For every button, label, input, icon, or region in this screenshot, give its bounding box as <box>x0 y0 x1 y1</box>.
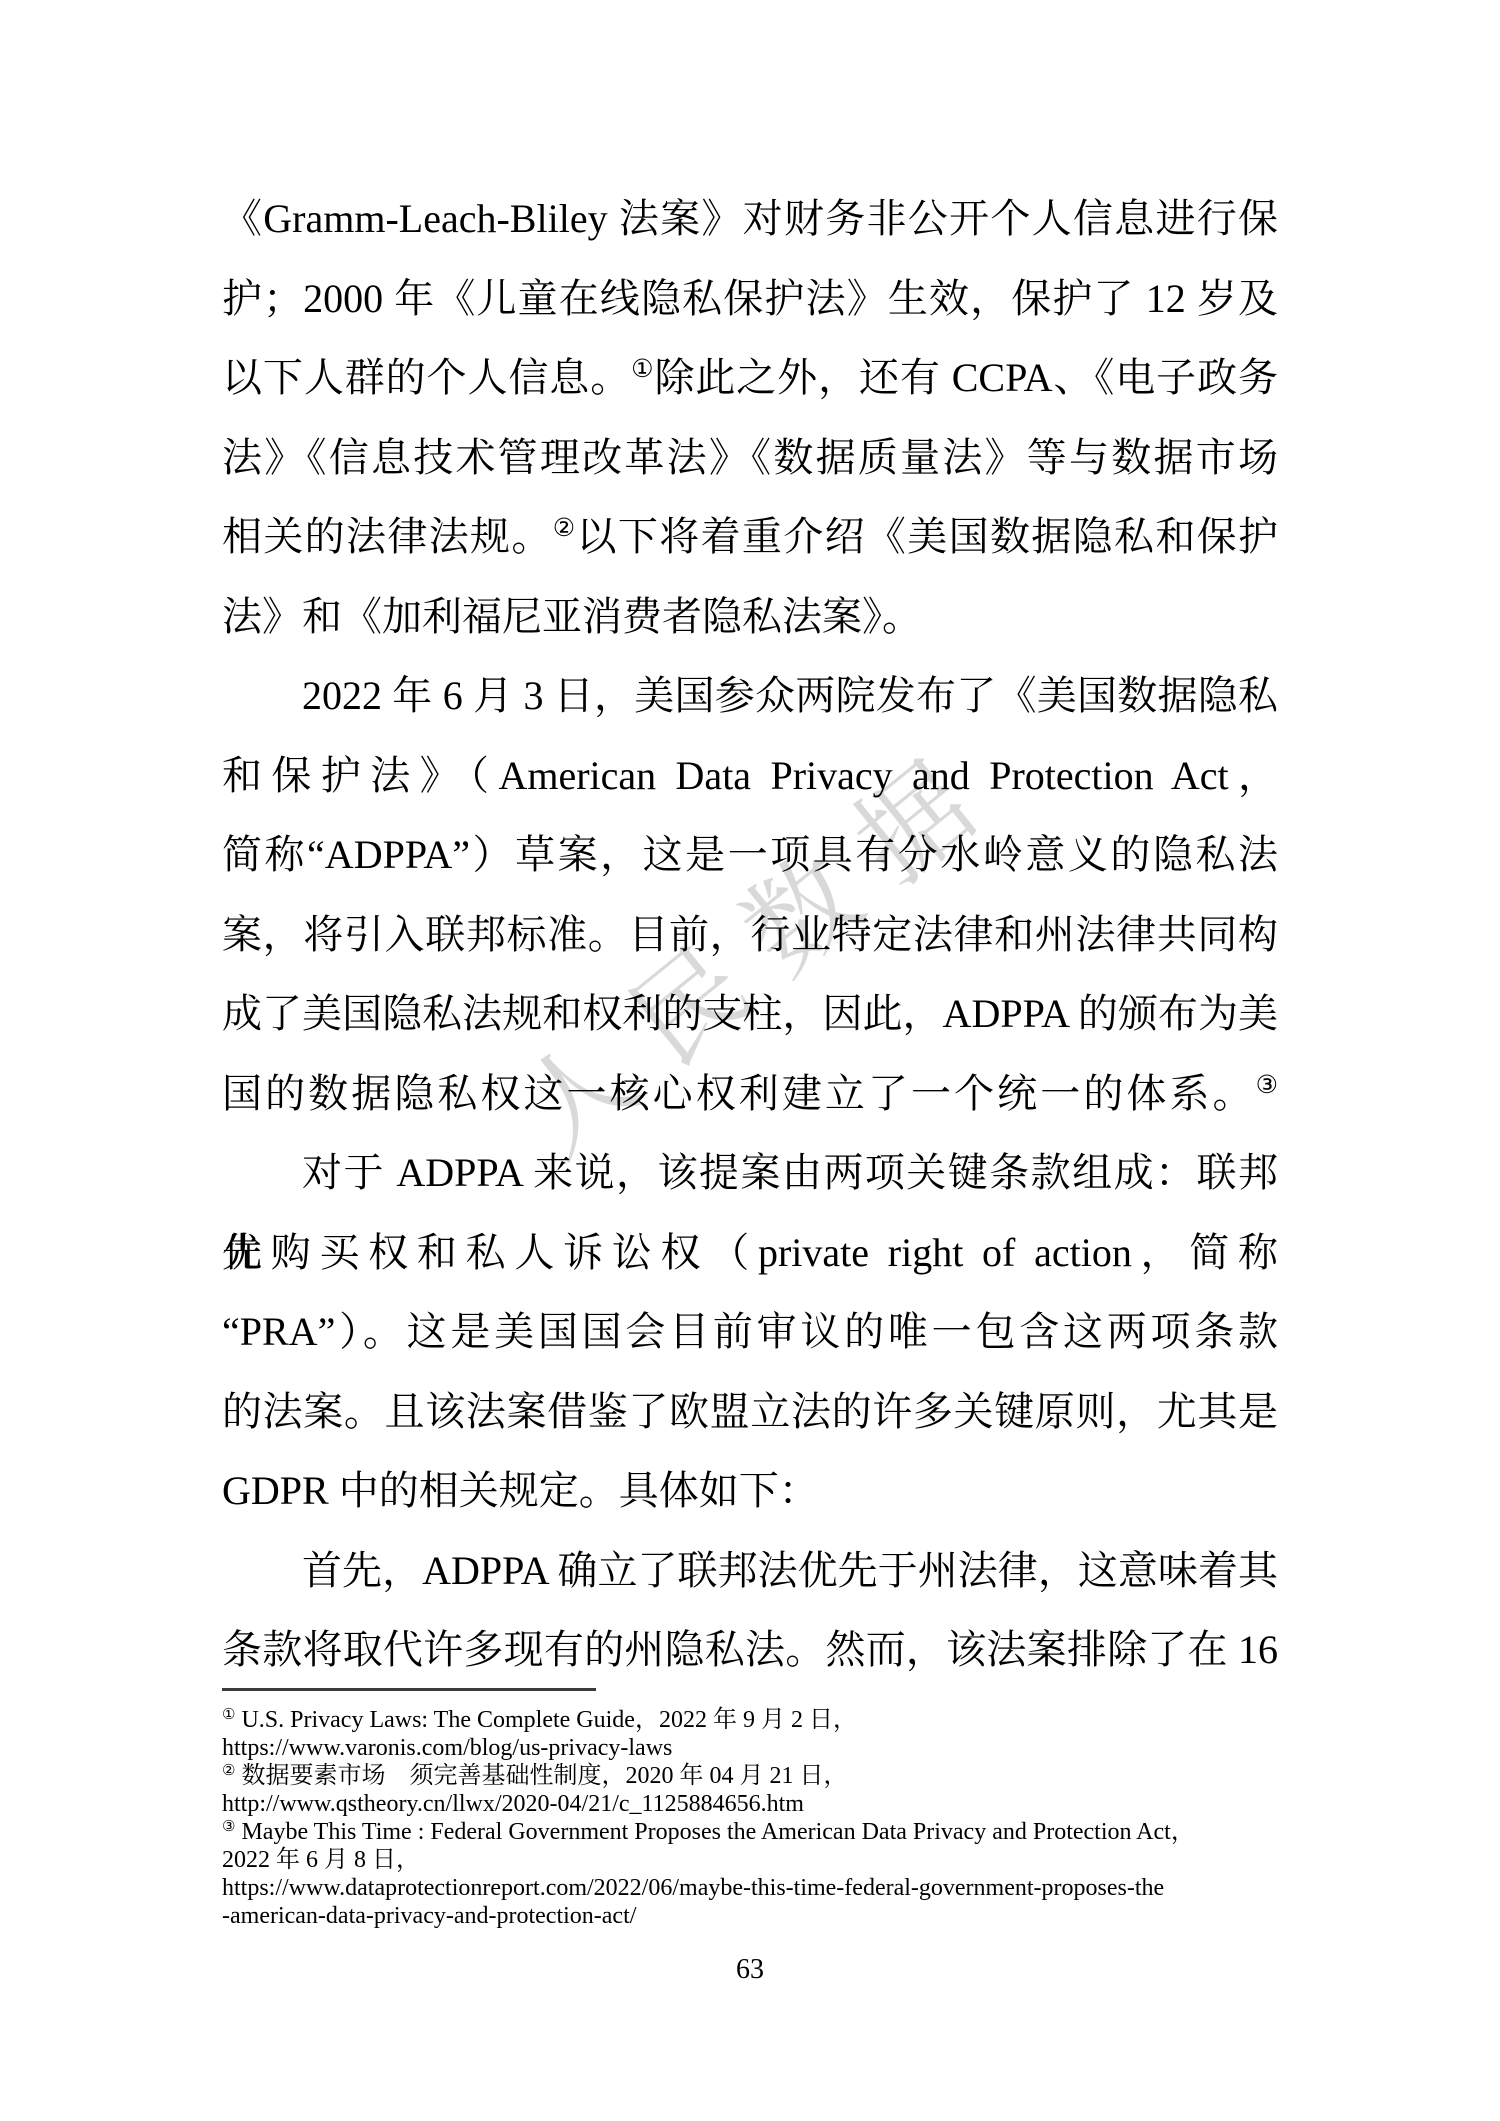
footnote-ref-marker: ① <box>222 1707 235 1723</box>
footnote-ref-marker: ② <box>222 1763 235 1779</box>
footnote-ref-marker: ② <box>553 515 577 542</box>
body-line: 和保护法》（American Data Privacy and Protecti… <box>222 736 1278 816</box>
body-text: 《Gramm-Leach-Bliley 法案》对财务非公开个人信息进行保护；20… <box>222 179 1278 1690</box>
body-line: 护；2000 年《儿童在线隐私保护法》生效，保护了 12 岁及 <box>222 259 1278 339</box>
body-line: 对于 ADPPA 来说，该提案由两项关键条款组成：联邦优 <box>222 1133 1278 1213</box>
body-line: 2022 年 6 月 3 日，美国参众两院发布了《美国数据隐私 <box>222 656 1278 736</box>
text-run: 的法案。且该法案借鉴了欧盟立法的许多关键原则，尤其是 <box>222 1389 1278 1434</box>
body-line: GDPR 中的相关规定。具体如下： <box>222 1451 1278 1531</box>
body-line: 相关的法律法规。②以下将着重介绍《美国数据隐私和保护 <box>222 497 1278 577</box>
text-run: 护；2000 年《儿童在线隐私保护法》生效，保护了 12 岁及 <box>222 276 1278 321</box>
body-line: 首先，ADPPA 确立了联邦法优先于州法律，这意味着其 <box>222 1531 1278 1611</box>
text-run: GDPR 中的相关规定。具体如下： <box>222 1468 819 1513</box>
text-run: 案，将引入联邦标准。目前，行业特定法律和州法律共同构 <box>222 912 1278 957</box>
footnote-line: ③ Maybe This Time : Federal Government P… <box>222 1818 1332 1846</box>
body-line: 先购买权和私人诉讼权（private right of action，简称 <box>222 1213 1278 1293</box>
footnote-line: ② 数据要素市场 须完善基础性制度，2020 年 04 月 21 日， <box>222 1762 1332 1790</box>
footnote-ref-marker: ③ <box>222 1819 235 1835</box>
footnote-line: https://www.varonis.com/blog/us-privacy-… <box>222 1734 1332 1762</box>
body-line: 成了美国隐私法规和权利的支柱，因此，ADPPA 的颁布为美 <box>222 974 1278 1054</box>
page-number: 63 <box>0 1955 1500 1985</box>
body-line: 国的数据隐私权这一核心权利建立了一个统一的体系。③ <box>222 1054 1278 1134</box>
text-run: 数据要素市场 须完善基础性制度，2020 年 04 月 21 日， <box>235 1763 847 1789</box>
text-run: https://www.varonis.com/blog/us-privacy-… <box>222 1735 672 1761</box>
text-run: 2022 年 6 月 3 日，美国参众两院发布了《美国数据隐私 <box>302 673 1278 718</box>
body-line: 条款将取代许多现有的州隐私法。然而，该法案排除了在 16 <box>222 1610 1278 1690</box>
footnote-line: 2022 年 6 月 8 日， <box>222 1846 1332 1874</box>
text-run: 《Gramm-Leach-Bliley 法案》对财务非公开个人信息进行保 <box>222 196 1278 241</box>
body-line: 简称“ADPPA”）草案，这是一项具有分水岭意义的隐私法 <box>222 815 1278 895</box>
footnote-line: https://www.dataprotectionreport.com/202… <box>222 1874 1332 1902</box>
footnote-line: ① U.S. Privacy Laws: The Complete Guide，… <box>222 1706 1332 1734</box>
text-run: U.S. Privacy Laws: The Complete Guide，20… <box>235 1707 857 1733</box>
text-run: 2022 年 6 月 8 日， <box>222 1847 420 1873</box>
text-run: http://www.qstheory.cn/llwx/2020-04/21/c… <box>222 1791 804 1817</box>
text-run: 除此之外，还有 CCPA、《电子政务 <box>654 355 1278 400</box>
text-run: Maybe This Time : Federal Government Pro… <box>235 1819 1194 1845</box>
footnote-line: -american-data-privacy-and-protection-ac… <box>222 1902 1332 1930</box>
body-line: 案，将引入联邦标准。目前，行业特定法律和州法律共同构 <box>222 895 1278 975</box>
footnote-line: http://www.qstheory.cn/llwx/2020-04/21/c… <box>222 1790 1332 1818</box>
body-line: 《Gramm-Leach-Bliley 法案》对财务非公开个人信息进行保 <box>222 179 1278 259</box>
text-run: “PRA”）。这是美国国会目前审议的唯一包含这两项条款 <box>222 1309 1278 1354</box>
text-run: 法》《信息技术管理改革法》《数据质量法》等与数据市场 <box>222 435 1278 480</box>
text-run: https://www.dataprotectionreport.com/202… <box>222 1875 1164 1901</box>
text-run: 首先，ADPPA 确立了联邦法优先于州法律，这意味着其 <box>302 1548 1278 1593</box>
body-line: “PRA”）。这是美国国会目前审议的唯一包含这两项条款 <box>222 1292 1278 1372</box>
text-run: 简称“ADPPA”）草案，这是一项具有分水岭意义的隐私法 <box>222 832 1278 877</box>
footnotes: ① U.S. Privacy Laws: The Complete Guide，… <box>222 1706 1332 1930</box>
text-run: 国的数据隐私权这一核心权利建立了一个统一的体系。 <box>222 1071 1256 1116</box>
text-run: -american-data-privacy-and-protection-ac… <box>222 1903 636 1929</box>
text-run: 相关的法律法规。 <box>222 514 553 559</box>
text-run: 成了美国隐私法规和权利的支柱，因此，ADPPA 的颁布为美 <box>222 991 1278 1036</box>
document-page: 人民数据 《Gramm-Leach-Bliley 法案》对财务非公开个人信息进行… <box>0 0 1500 2121</box>
text-run: 以下人群的个人信息。 <box>222 355 631 400</box>
body-line: 法》《信息技术管理改革法》《数据质量法》等与数据市场 <box>222 418 1278 498</box>
body-line: 法》和《加利福尼亚消费者隐私法案》。 <box>222 577 1278 657</box>
footnote-ref-marker: ③ <box>1256 1072 1278 1099</box>
text-run: 条款将取代许多现有的州隐私法。然而，该法案排除了在 16 <box>222 1627 1278 1672</box>
text-run: 以下将着重介绍《美国数据隐私和保护 <box>577 514 1279 559</box>
text-run: 先购买权和私人诉讼权（private right of action，简称 <box>222 1230 1278 1275</box>
footnote-ref-marker: ① <box>631 356 654 383</box>
footnote-separator <box>222 1688 596 1691</box>
body-line: 以下人群的个人信息。①除此之外，还有 CCPA、《电子政务 <box>222 338 1278 418</box>
text-run: 和保护法》（American Data Privacy and Protecti… <box>222 753 1278 798</box>
body-line: 的法案。且该法案借鉴了欧盟立法的许多关键原则，尤其是 <box>222 1372 1278 1452</box>
text-run: 法》和《加利福尼亚消费者隐私法案》。 <box>222 594 922 639</box>
